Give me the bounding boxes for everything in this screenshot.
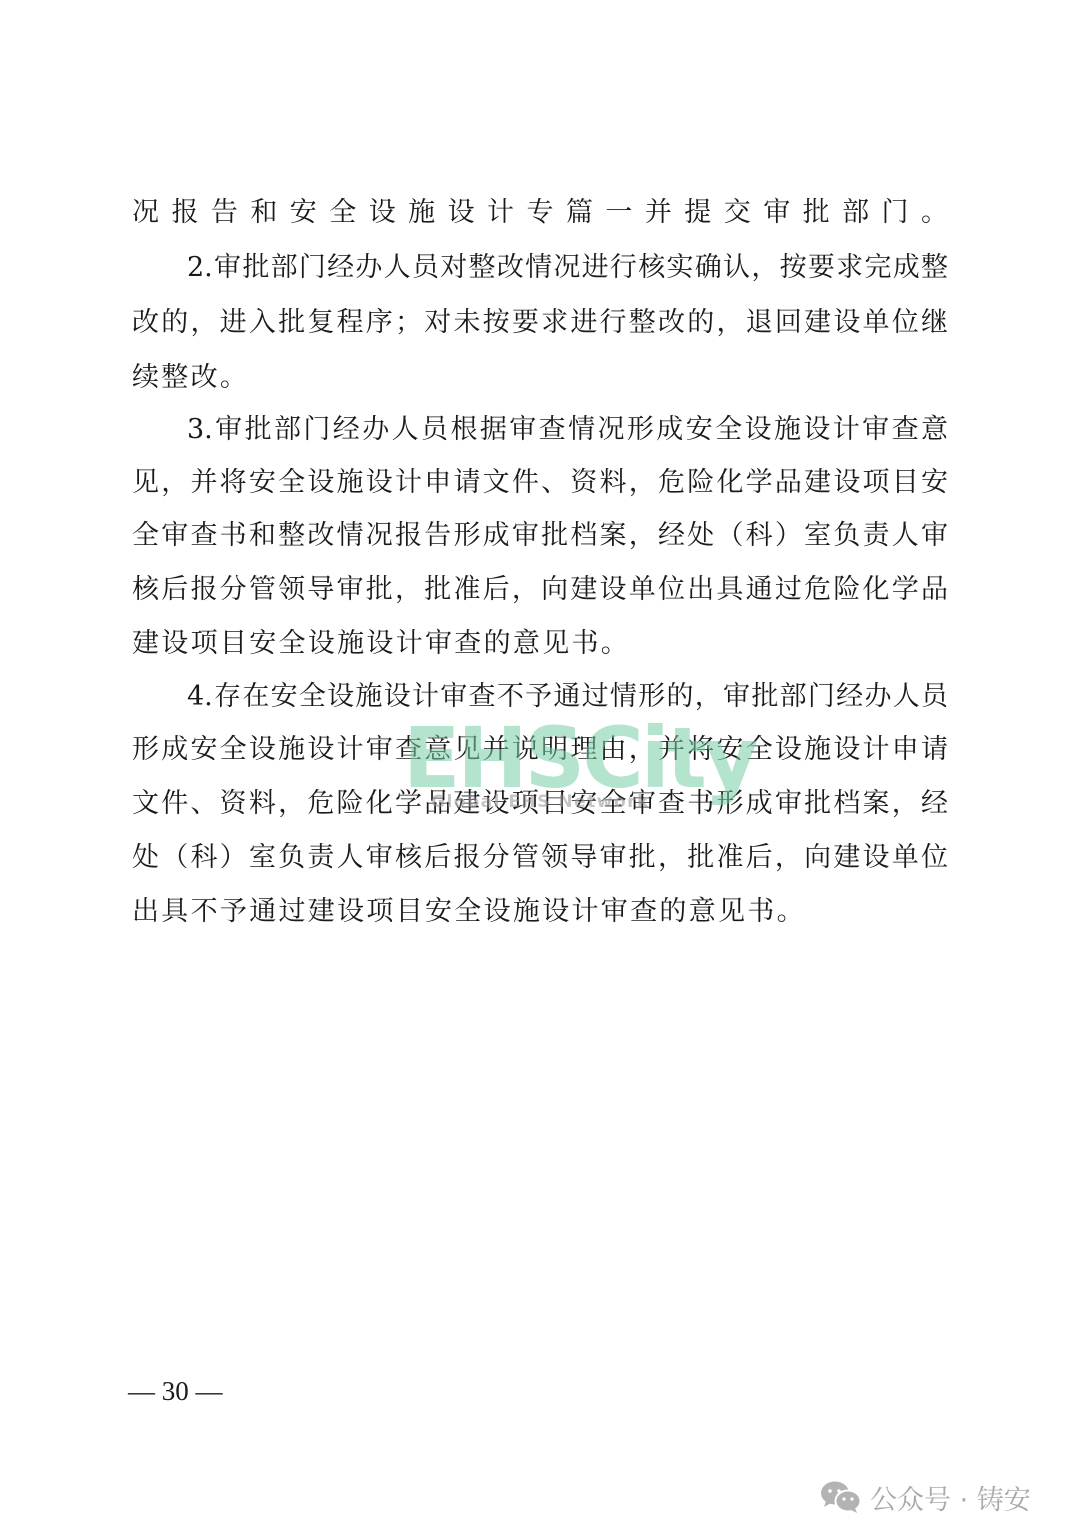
- text-line: 处（科）室负责人审核后报分管领导审批，批准后，向建设单位: [132, 838, 948, 878]
- footer-account-label: 公众号 · 铸安: [870, 1478, 1031, 1517]
- wechat-icon: [820, 1480, 862, 1514]
- text-line: 建设项目安全设施设计审查的意见书。: [132, 624, 948, 664]
- footer-account-badge[interactable]: 公众号 · 铸安: [820, 1478, 1031, 1516]
- text-line: 核后报分管领导审批，批准后，向建设单位出具通过危险化学品: [132, 570, 948, 610]
- text-line: 见，并将安全设施设计申请文件、资料，危险化学品建设项目安: [132, 463, 948, 503]
- text-line: 3.审批部门经办人员根据审查情况形成安全设施设计审查意: [187, 410, 948, 450]
- text-line: 况报告和安全设施设计专篇一并提交审批部门。: [132, 193, 948, 233]
- text-line: 文件、资料，危险化学品建设项目安全审查书形成审批档案，经: [132, 784, 948, 824]
- text-line: 续整改。: [132, 358, 948, 398]
- text-line: 2.审批部门经办人员对整改情况进行核实确认，按要求完成整: [187, 248, 948, 288]
- text-line: 改的，进入批复程序；对未按要求进行整改的，退回建设单位继: [132, 303, 948, 343]
- document-page: 况报告和安全设施设计专篇一并提交审批部门。 2.审批部门经办人员对整改情况进行核…: [0, 0, 1080, 1526]
- text-line: 全审查书和整改情况报告形成审批档案，经处（科）室负责人审: [132, 516, 948, 556]
- text-line: 形成安全设施设计审查意见并说明理由，并将安全设施设计申请: [132, 730, 948, 770]
- text-line: 4.存在安全设施设计审查不予通过情形的，审批部门经办人员: [187, 677, 948, 717]
- page-number: — 30 —: [128, 1374, 223, 1408]
- text-line: 出具不予通过建设项目安全设施设计审查的意见书。: [132, 892, 948, 932]
